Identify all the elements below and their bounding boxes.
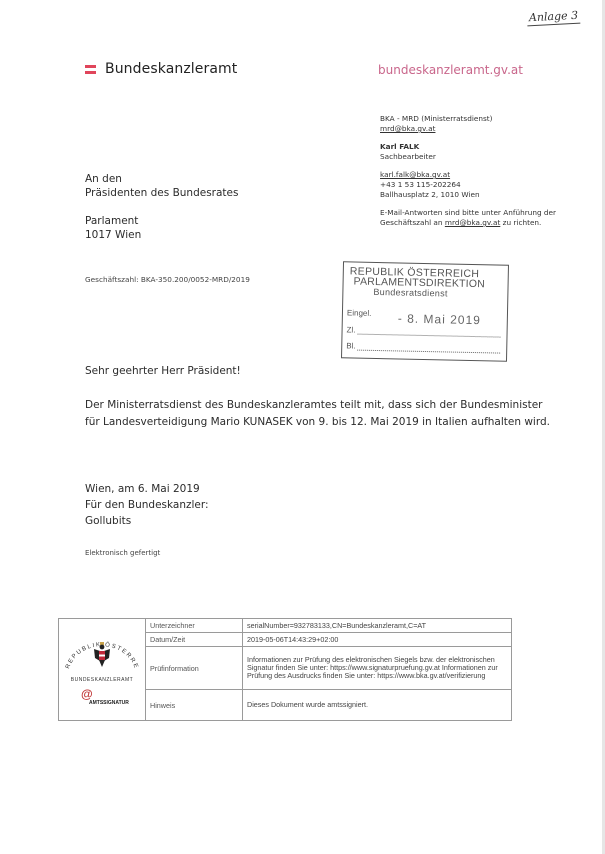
stamp-line: Bundesratsdienst [373, 287, 448, 299]
brand-name: Bundeskanzleramt [105, 61, 237, 77]
sig-label: Hinweis [146, 690, 243, 721]
sig-value: 2019-05-06T14:43:29+02:00 [243, 633, 512, 647]
sender-address: Ballhausplatz 2, 1010 Wien [380, 190, 556, 200]
recipient-line: Parlament [85, 214, 238, 228]
austrian-eagle-icon [92, 641, 112, 669]
reply-note-2: Geschäftszahl an mrd@bka.gv.at zu richte… [380, 218, 556, 228]
stamp-zl-row: Zl. [347, 325, 501, 337]
seal-org: BUNDESKANZLERAMT [59, 677, 145, 683]
stamp-date: - 8. Mai 2019 [398, 311, 481, 327]
department-email-link[interactable]: mrd@bka.gv.at [380, 124, 556, 134]
stamp-bl-row: Bl. [346, 341, 500, 353]
sig-value: Informationen zur Prüfung des elektronis… [243, 647, 512, 690]
signed-note: Elektronisch gefertigt [85, 549, 160, 557]
recipient-line: An den [85, 172, 238, 186]
brand-logo: Bundeskanzleramt [85, 61, 237, 77]
seal-badge: AMTSSIGNATUR [89, 700, 129, 706]
sender-name: Karl FALK [380, 142, 419, 151]
signatory: Gollubits [85, 513, 209, 529]
sig-value: Dieses Dokument wurde amtssigniert. [243, 690, 512, 721]
sender-block: BKA - MRD (Ministerratsdienst) mrd@bka.g… [380, 114, 556, 228]
signature-table: REPUBLIK ÖSTERREICH BUNDESKANZLERAMT @ A… [58, 618, 512, 721]
austrian-flag-icon [85, 65, 96, 74]
sender-phone: +43 1 53 115-202264 [380, 180, 556, 190]
reference-number: Geschäftszahl: BKA-350.200/0052-MRD/2019 [85, 275, 250, 284]
letter-body: Der Ministerratsdienst des Bundeskanzler… [85, 397, 555, 431]
at-sign-icon: @ [81, 687, 93, 701]
salutation: Sehr geehrter Herr Präsident! [85, 365, 241, 377]
sig-label: Unterzeichner [146, 619, 243, 633]
sender-email-link[interactable]: karl.falk@bka.gv.at [380, 170, 556, 180]
recipient-line: Präsidenten des Bundesrates [85, 186, 238, 200]
closing-block: Wien, am 6. Mai 2019 Für den Bundeskanzl… [85, 481, 209, 529]
sig-value: serialNumber=932783133,CN=Bundeskanzlera… [243, 619, 512, 633]
handwritten-annotation: Anlage 3 [527, 9, 581, 27]
website-link[interactable]: bundeskanzleramt.gv.at [378, 63, 523, 77]
sender-role: Sachbearbeiter [380, 152, 556, 162]
sig-label: Prüfinformation [146, 647, 243, 690]
recipient-address: An den Präsidenten des Bundesrates Parla… [85, 172, 238, 242]
place-date: Wien, am 6. Mai 2019 [85, 481, 209, 497]
recipient-line: 1017 Wien [85, 228, 238, 242]
seal-cell: REPUBLIK ÖSTERREICH BUNDESKANZLERAMT @ A… [59, 619, 146, 721]
sig-label: Datum/Zeit [146, 633, 243, 647]
reply-note: E-Mail-Antworten sind bitte unter Anführ… [380, 208, 556, 218]
reply-email-link[interactable]: mrd@bka.gv.at [445, 218, 500, 227]
sender-department: BKA - MRD (Ministerratsdienst) [380, 114, 556, 124]
received-stamp: REPUBLIK ÖSTERREICH PARLAMENTSDIREKTION … [341, 261, 509, 361]
on-behalf: Für den Bundeskanzler: [85, 497, 209, 513]
